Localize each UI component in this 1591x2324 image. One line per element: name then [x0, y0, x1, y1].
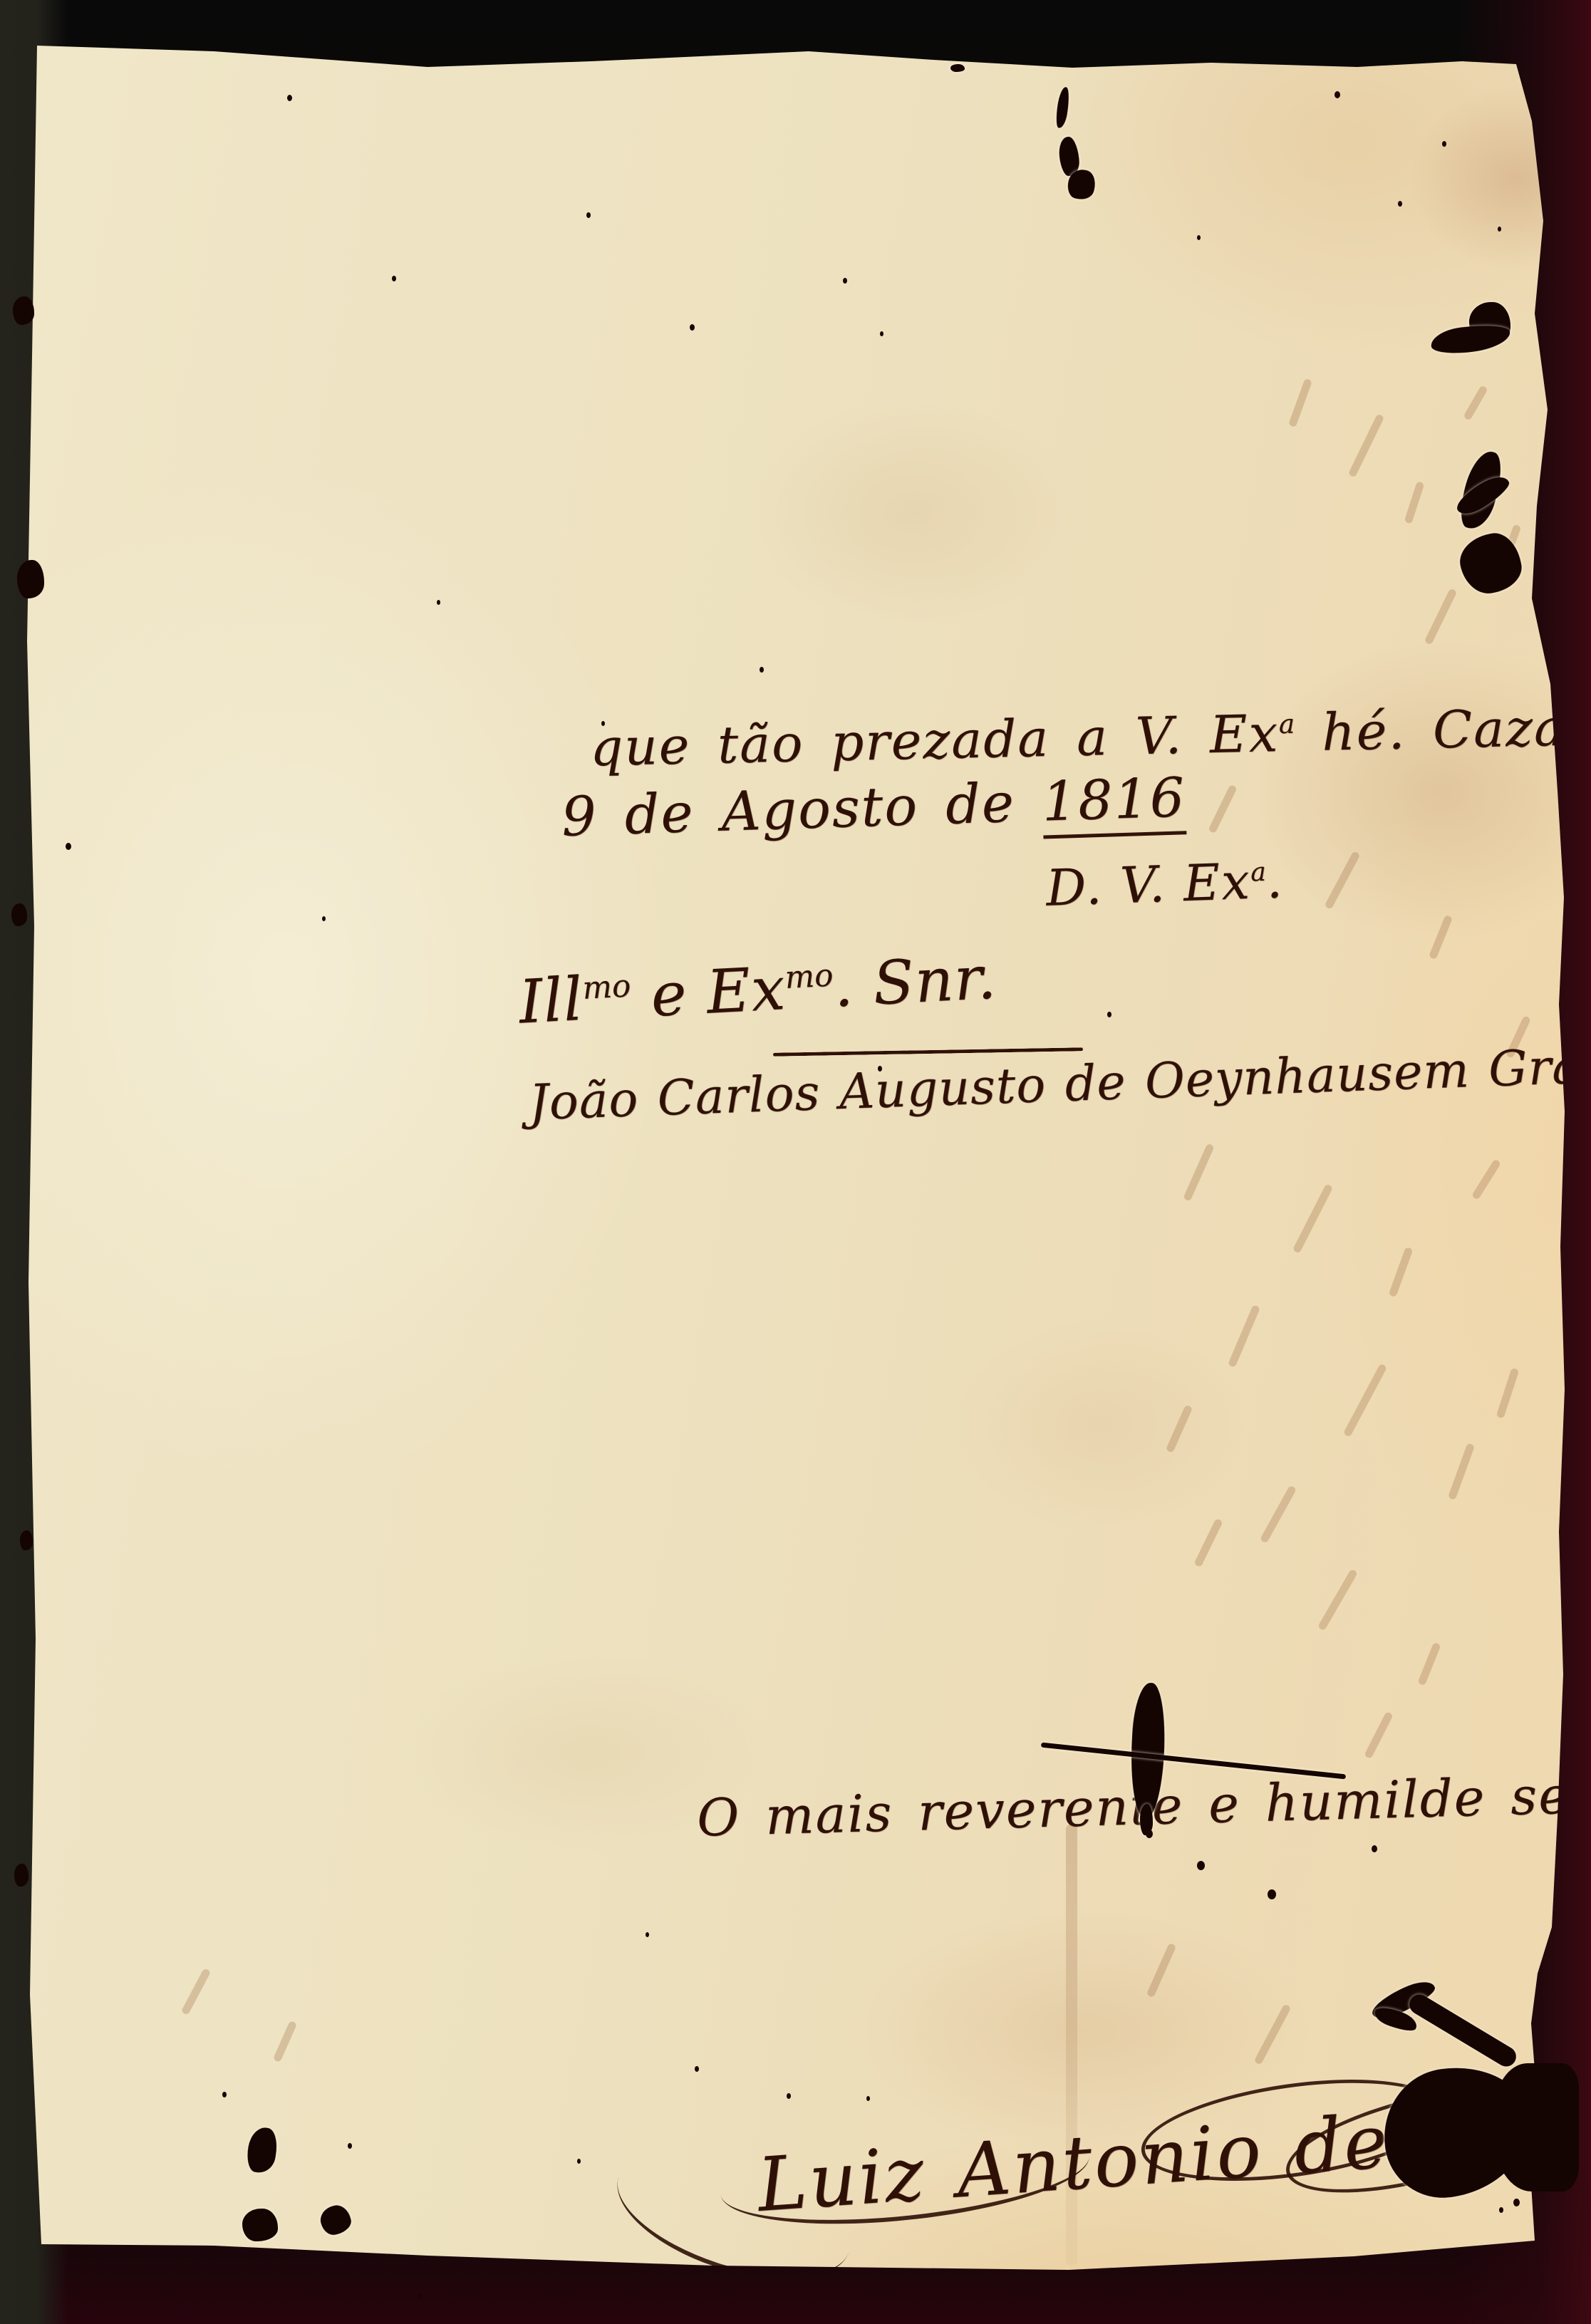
ink-speck [1335, 91, 1340, 98]
superscript: mo [581, 968, 631, 1006]
manuscript-page: que tão prezada a V. Exa hé. Cazalco. 9 … [0, 0, 1591, 2324]
ghost-stroke [1146, 1943, 1177, 1998]
ghost-stroke [1166, 1404, 1193, 1453]
letter-line-opening: que tão prezada a V. Exa hé. Cazalco. [589, 696, 1591, 778]
ink-speck [1268, 1889, 1276, 1899]
ink-speck [437, 600, 440, 605]
ghost-stroke [1417, 1642, 1441, 1686]
paper-stain [948, 1318, 1247, 1532]
ghost-stroke [1463, 385, 1488, 421]
ghost-stroke [1324, 851, 1360, 910]
ink-speck [695, 2066, 699, 2072]
letter-dateline: 9 de Agosto de 1816 [561, 765, 1187, 848]
ghost-stroke [1429, 915, 1453, 960]
paper-stain [1254, 641, 1591, 940]
letter-addressee: João Carlos Augusto de Oeynhausem Gravem… [528, 1031, 1591, 1131]
ghost-stroke [1448, 1443, 1475, 1500]
ghost-stroke [1208, 784, 1237, 834]
ghost-stroke [1183, 1143, 1215, 1201]
ghost-stroke [1288, 378, 1312, 428]
ink-speck [1442, 141, 1446, 147]
text-fragment: . [1265, 851, 1285, 910]
edge-notch [13, 296, 34, 325]
ghost-stroke [1496, 1368, 1520, 1419]
paper-stain [748, 399, 1076, 627]
ink-speck [1146, 1830, 1153, 1838]
ink-speck [690, 324, 695, 331]
ink-speck [287, 95, 292, 101]
ink-speck [1197, 1861, 1205, 1870]
ink-speck [348, 2143, 352, 2149]
ink-blot [950, 64, 965, 72]
ghost-stroke [1471, 1158, 1501, 1200]
edge-notch [11, 903, 27, 926]
filler-dash [773, 1047, 1083, 1057]
text-fragment: hé. Cazal [1294, 697, 1584, 762]
ink-speck [843, 278, 847, 284]
ghost-stroke [1260, 1485, 1297, 1543]
ink-blot [242, 2209, 278, 2241]
superscript: mo [784, 957, 834, 995]
letter-salutation: Illmo e Exmo. Snr. [517, 943, 998, 1037]
ink-speck [392, 276, 396, 281]
ink-speck [1398, 201, 1402, 207]
text-fragment: D. V. Ex [1045, 852, 1252, 918]
ink-speck [878, 1066, 882, 1072]
ghost-stroke [273, 2020, 297, 2063]
ghost-stroke [1292, 1183, 1333, 1254]
edge-notch [20, 1530, 33, 1550]
edge-notch [14, 1864, 28, 1887]
ink-speck [1513, 2199, 1520, 2206]
text-fragment: Ill [517, 964, 585, 1037]
ink-speck [222, 2092, 227, 2097]
ink-speck [601, 721, 605, 726]
text-fragment: . Snr. [831, 943, 998, 1021]
ink-speck [1197, 235, 1201, 240]
ghost-stroke [1389, 1247, 1414, 1297]
ink-speck [880, 331, 883, 336]
ghost-stroke [1424, 588, 1458, 645]
ink-speck [1499, 2207, 1503, 2213]
ghost-stroke [1193, 1518, 1223, 1568]
ghost-stroke [1254, 2003, 1292, 2065]
ink-speck [1498, 227, 1501, 232]
ink-speck [418, 2294, 422, 2300]
letter-valediction: D. V. Exa. [1045, 851, 1285, 918]
ghost-stroke [181, 1968, 212, 2016]
ink-speck [586, 212, 591, 218]
year-underlined: 1816 [1041, 765, 1186, 839]
ink-speck [1107, 1012, 1111, 1017]
ink-speck [787, 2093, 791, 2099]
text-fragment: 9 de Agosto de [561, 770, 1043, 849]
text-fragment: e Ex [629, 953, 787, 1031]
ink-speck [1372, 1845, 1377, 1852]
edge-notch [17, 560, 44, 598]
ink-speck [577, 2159, 581, 2164]
ghost-stroke [1348, 413, 1385, 477]
ghost-stroke [1343, 1363, 1387, 1437]
ink-speck [866, 2096, 870, 2101]
superscript: a [1250, 856, 1266, 888]
ink-speck [66, 843, 71, 850]
ink-speck [322, 916, 326, 921]
ink-speck [760, 667, 764, 673]
ghost-stroke [1364, 1711, 1394, 1759]
ink-blot [1493, 2063, 1579, 2191]
ghost-stroke [1404, 481, 1424, 524]
superscript: a [1278, 708, 1295, 740]
ghost-stroke [1228, 1304, 1260, 1368]
ink-speck [646, 1932, 649, 1937]
ghost-stroke [1317, 1569, 1358, 1632]
